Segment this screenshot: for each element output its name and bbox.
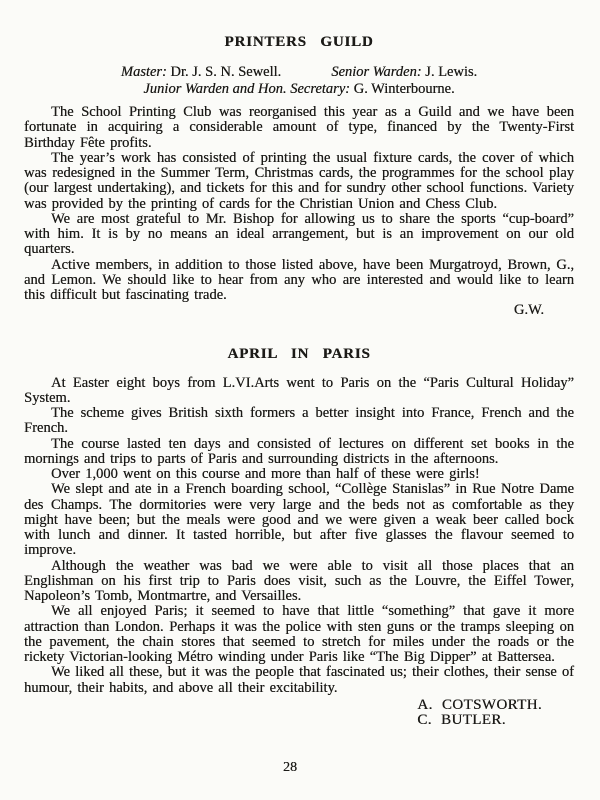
paragraph: We liked all these, but it was the peopl… bbox=[24, 665, 574, 696]
section-title-printers-guild: PRINTERS GUILD bbox=[24, 34, 574, 51]
officer-junior-warden: Junior Warden and Hon. Secretary: G. Win… bbox=[143, 81, 454, 97]
officer-name: G. Winterbourne. bbox=[354, 81, 455, 97]
signature-cotsworth: A. COTSWORTH. bbox=[417, 698, 542, 714]
page-number: 28 bbox=[0, 760, 580, 776]
paragraph: Although the weather was bad we were abl… bbox=[24, 559, 574, 605]
officer-name: J. Lewis. bbox=[425, 64, 477, 80]
signature-butler: C. BUTLER. bbox=[417, 713, 542, 729]
paragraph: Active members, in addition to those lis… bbox=[24, 258, 574, 304]
officer-role: Junior Warden and Hon. Secretary: bbox=[143, 81, 350, 97]
section-title-april-in-paris: APRIL IN PARIS bbox=[24, 346, 574, 363]
section-april-in-paris: APRIL IN PARIS At Easter eight boys from… bbox=[24, 346, 574, 729]
paragraph: The School Printing Club was reorganised… bbox=[24, 105, 574, 151]
paragraph: The year’s work has consisted of printin… bbox=[24, 151, 574, 212]
officers-line-1: Master: Dr. J. S. N. Sewell.Senior Warde… bbox=[24, 64, 574, 81]
officers-line-2: Junior Warden and Hon. Secretary: G. Win… bbox=[24, 81, 574, 98]
paragraph: We are most grateful to Mr. Bishop for a… bbox=[24, 212, 574, 258]
officer-master: Master: Dr. J. S. N. Sewell. bbox=[121, 64, 281, 80]
officer-role: Senior Warden: bbox=[331, 64, 421, 80]
officer-name: Dr. J. S. N. Sewell. bbox=[170, 64, 281, 80]
signature-gw: G.W. bbox=[24, 303, 574, 318]
paragraph: At Easter eight boys from L.VI.Arts went… bbox=[24, 376, 574, 407]
paragraph: We slept and ate in a French boarding sc… bbox=[24, 482, 574, 558]
paragraph: The course lasted ten days and consisted… bbox=[24, 437, 574, 468]
officer-senior-warden: Senior Warden: J. Lewis. bbox=[331, 64, 477, 80]
paragraph: Over 1,000 went on this course and more … bbox=[24, 467, 574, 482]
paragraph: The scheme gives British sixth formers a… bbox=[24, 406, 574, 437]
section-printers-guild: PRINTERS GUILD Master: Dr. J. S. N. Sewe… bbox=[24, 34, 574, 319]
paragraph: We all enjoyed Paris; it seemed to have … bbox=[24, 604, 574, 665]
officer-role: Master: bbox=[121, 64, 167, 80]
signature-block: A. COTSWORTH. C. BUTLER. bbox=[417, 698, 542, 729]
magazine-page: PRINTERS GUILD Master: Dr. J. S. N. Sewe… bbox=[0, 0, 600, 800]
